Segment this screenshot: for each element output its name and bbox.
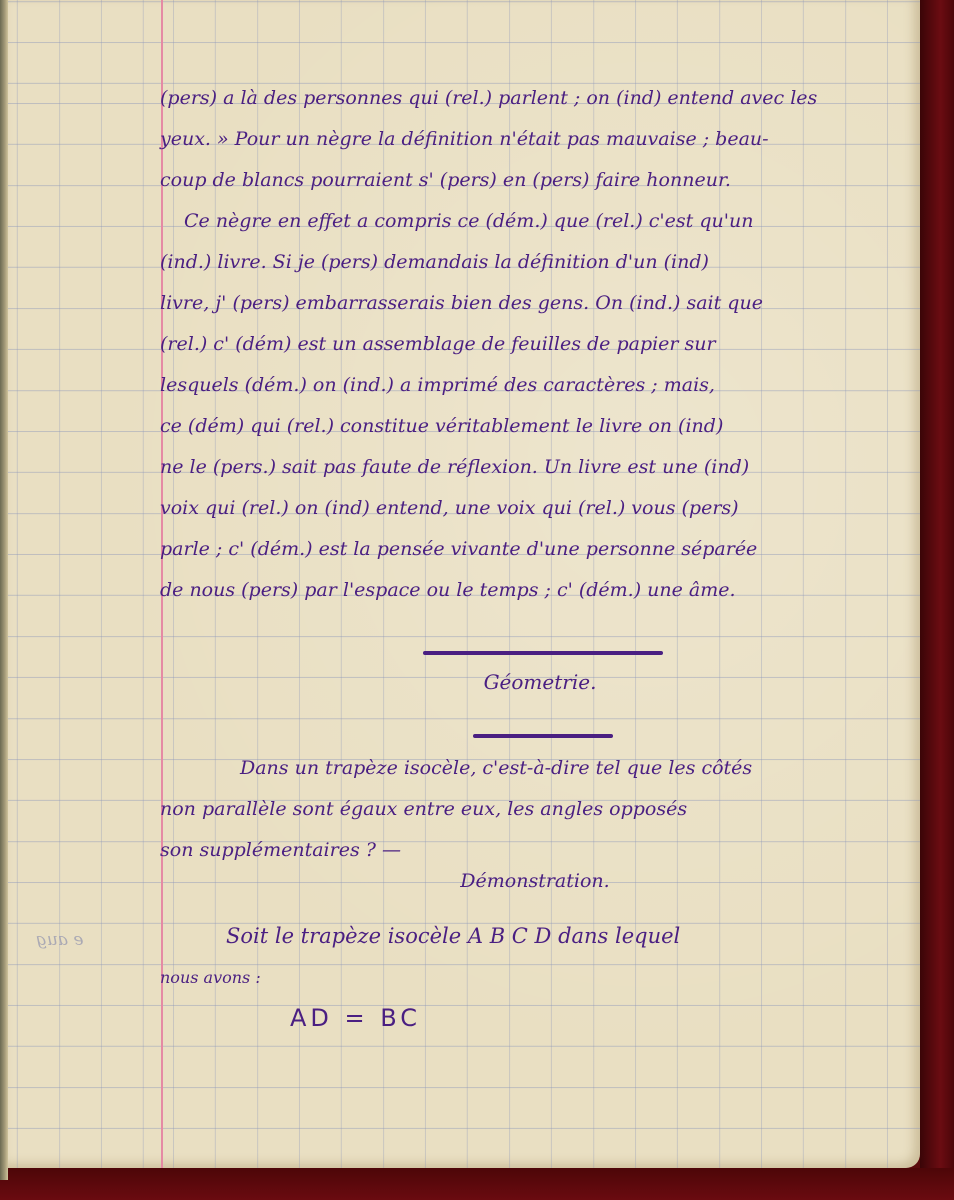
notebook-page: e aug (pers) a là des personnes qui (rel… xyxy=(8,0,920,1168)
section-divider-top xyxy=(423,651,663,655)
notebook-binding xyxy=(0,0,8,1180)
text-line: son supplémentaires ? — xyxy=(160,830,910,871)
text-line: (rel.) c' (dém) est un assemblage de feu… xyxy=(160,324,910,365)
section-divider-bottom xyxy=(473,734,613,738)
text-line: (pers) a là des personnes qui (rel.) par… xyxy=(160,78,910,119)
notebook-cover-edge xyxy=(920,0,954,1200)
grammar-exercise-text: (pers) a là des personnes qui (rel.) par… xyxy=(160,78,910,611)
text-line: lesquels (dém.) on (ind.) a imprimé des … xyxy=(160,365,910,406)
text-line: nous avons : xyxy=(160,957,910,998)
text-line: non parallèle sont égaux entre eux, les … xyxy=(160,789,910,830)
bleed-through-margin-note: e aug xyxy=(36,930,83,950)
text-line: (ind.) livre. Si je (pers) demandais la … xyxy=(160,242,910,283)
text-line: ce (dém) qui (rel.) constitue véritablem… xyxy=(160,406,910,447)
text-line: de nous (pers) par l'espace ou le temps … xyxy=(160,570,910,611)
text-line: parle ; c' (dém.) est la pensée vivante … xyxy=(160,529,910,570)
text-line: ne le (pers.) sait pas faute de réflexio… xyxy=(160,447,910,488)
text-line: Dans un trapèze isocèle, c'est-à-dire te… xyxy=(160,748,910,789)
notebook-cover-bottom xyxy=(0,1168,954,1200)
equation: AD = BC xyxy=(160,998,910,1039)
text-line: Ce nègre en effet a compris ce (dém.) qu… xyxy=(160,201,910,242)
geometry-statement: Dans un trapèze isocèle, c'est-à-dire te… xyxy=(160,748,910,871)
text-line: livre, j' (pers) embarrasserais bien des… xyxy=(160,283,910,324)
geometry-heading: Géometrie. xyxy=(420,670,660,694)
demonstration-title: Démonstration. xyxy=(160,870,910,892)
text-line: voix qui (rel.) on (ind) entend, une voi… xyxy=(160,488,910,529)
text-line: yeux. » Pour un nègre la définition n'ét… xyxy=(160,119,910,160)
geometry-proof: Soit le trapèze isocèle A B C D dans leq… xyxy=(160,916,910,1039)
text-line: coup de blancs pourraient s' (pers) en (… xyxy=(160,160,910,201)
text-line: Soit le trapèze isocèle A B C D dans leq… xyxy=(160,916,910,957)
